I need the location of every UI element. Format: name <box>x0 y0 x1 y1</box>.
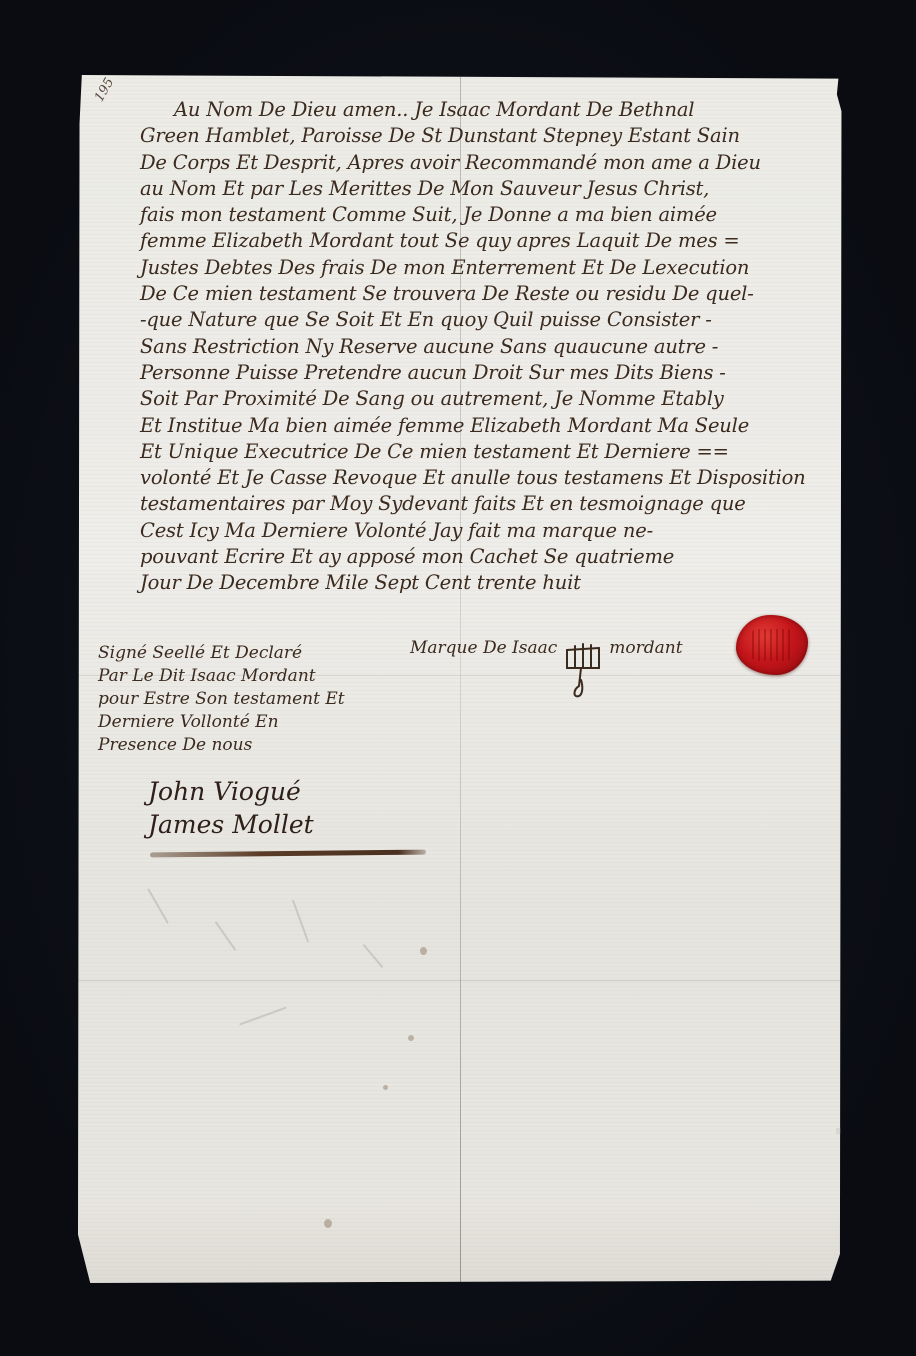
body-line: Et Unique Executrice De Ce mien testamen… <box>140 439 840 465</box>
attestation-line: Par Le Dit Isaac Mordant <box>98 665 398 688</box>
manuscript-sheet: 195 Au Nom De Dieu amen.. Je Isaac Morda… <box>78 75 843 1283</box>
testator-mark-line: Marque De Isaac mordant <box>410 638 683 702</box>
body-line: Soit Par Proximité De Sang ou autrement,… <box>140 386 840 412</box>
body-line: De Corps Et Desprit, Apres avoir Recomma… <box>140 150 840 176</box>
body-line: Et Institue Ma bien aimée femme Elizabet… <box>140 413 840 439</box>
paper-tab <box>836 1128 842 1134</box>
paper-stain <box>383 1085 388 1090</box>
folio-number: 195 <box>92 75 117 104</box>
attestation-clause: Signé Seellé Et Declaré Par Le Dit Isaac… <box>98 642 398 757</box>
seal-impression <box>752 629 792 661</box>
body-line: Personne Puisse Pretendre aucun Droit Su… <box>140 360 840 386</box>
mark-glyph-icon <box>563 640 603 702</box>
signature-flourish <box>150 850 426 858</box>
attestation-line: pour Estre Son testament Et <box>98 688 398 711</box>
body-line: pouvant Ecrire Et ay apposé mon Cachet S… <box>140 544 840 570</box>
ink-bleed-mark <box>215 921 237 951</box>
witness-signature: John Viogué <box>148 775 314 808</box>
body-line: fais mon testament Comme Suit, Je Donne … <box>140 202 840 228</box>
body-line: Sans Restriction Ny Reserve aucune Sans … <box>140 334 840 360</box>
will-body-text: Au Nom De Dieu amen.. Je Isaac Mordant D… <box>140 97 840 597</box>
ink-bleed-mark <box>363 944 384 968</box>
witness-signatures: John Viogué James Mollet <box>148 775 314 841</box>
ink-bleed-mark <box>147 888 169 924</box>
paper-stain <box>420 947 427 955</box>
paper-shading <box>78 1193 843 1283</box>
body-line: testamentaires par Moy Sydevant faits Et… <box>140 491 840 517</box>
paper-stain <box>408 1035 414 1041</box>
ink-bleed-mark <box>239 1007 287 1026</box>
body-line: Jour De Decembre Mile Sept Cent trente h… <box>140 570 840 596</box>
body-line: Justes Debtes Des frais De mon Enterreme… <box>140 255 840 281</box>
witness-signature: James Mollet <box>148 808 314 841</box>
wax-seal-icon <box>736 615 808 675</box>
body-line: Au Nom De Dieu amen.. Je Isaac Mordant D… <box>140 97 840 123</box>
attestation-line: Derniere Vollonté En <box>98 711 398 734</box>
body-line: volonté Et Je Casse Revoque Et anulle to… <box>140 465 840 491</box>
ink-bleed-mark <box>292 900 309 943</box>
mark-prefix-text: Marque De Isaac <box>410 638 557 658</box>
mark-suffix-text: mordant <box>609 638 682 658</box>
horizontal-fold-line <box>78 980 843 981</box>
body-line: au Nom Et par Les Merittes De Mon Sauveu… <box>140 176 840 202</box>
attestation-line: Signé Seellé Et Declaré <box>98 642 398 665</box>
body-line: De Ce mien testament Se trouvera De Rest… <box>140 281 840 307</box>
body-line: Green Hamblet, Paroisse De St Dunstant S… <box>140 123 840 149</box>
body-line: -que Nature que Se Soit Et En quoy Quil … <box>140 307 840 333</box>
attestation-line: Presence De nous <box>98 734 398 757</box>
scan-background: 195 Au Nom De Dieu amen.. Je Isaac Morda… <box>0 0 916 1356</box>
body-line: femme Elizabeth Mordant tout Se quy apre… <box>140 228 840 254</box>
body-line: Cest Icy Ma Derniere Volonté Jay fait ma… <box>140 518 840 544</box>
paper-stain <box>324 1219 332 1228</box>
